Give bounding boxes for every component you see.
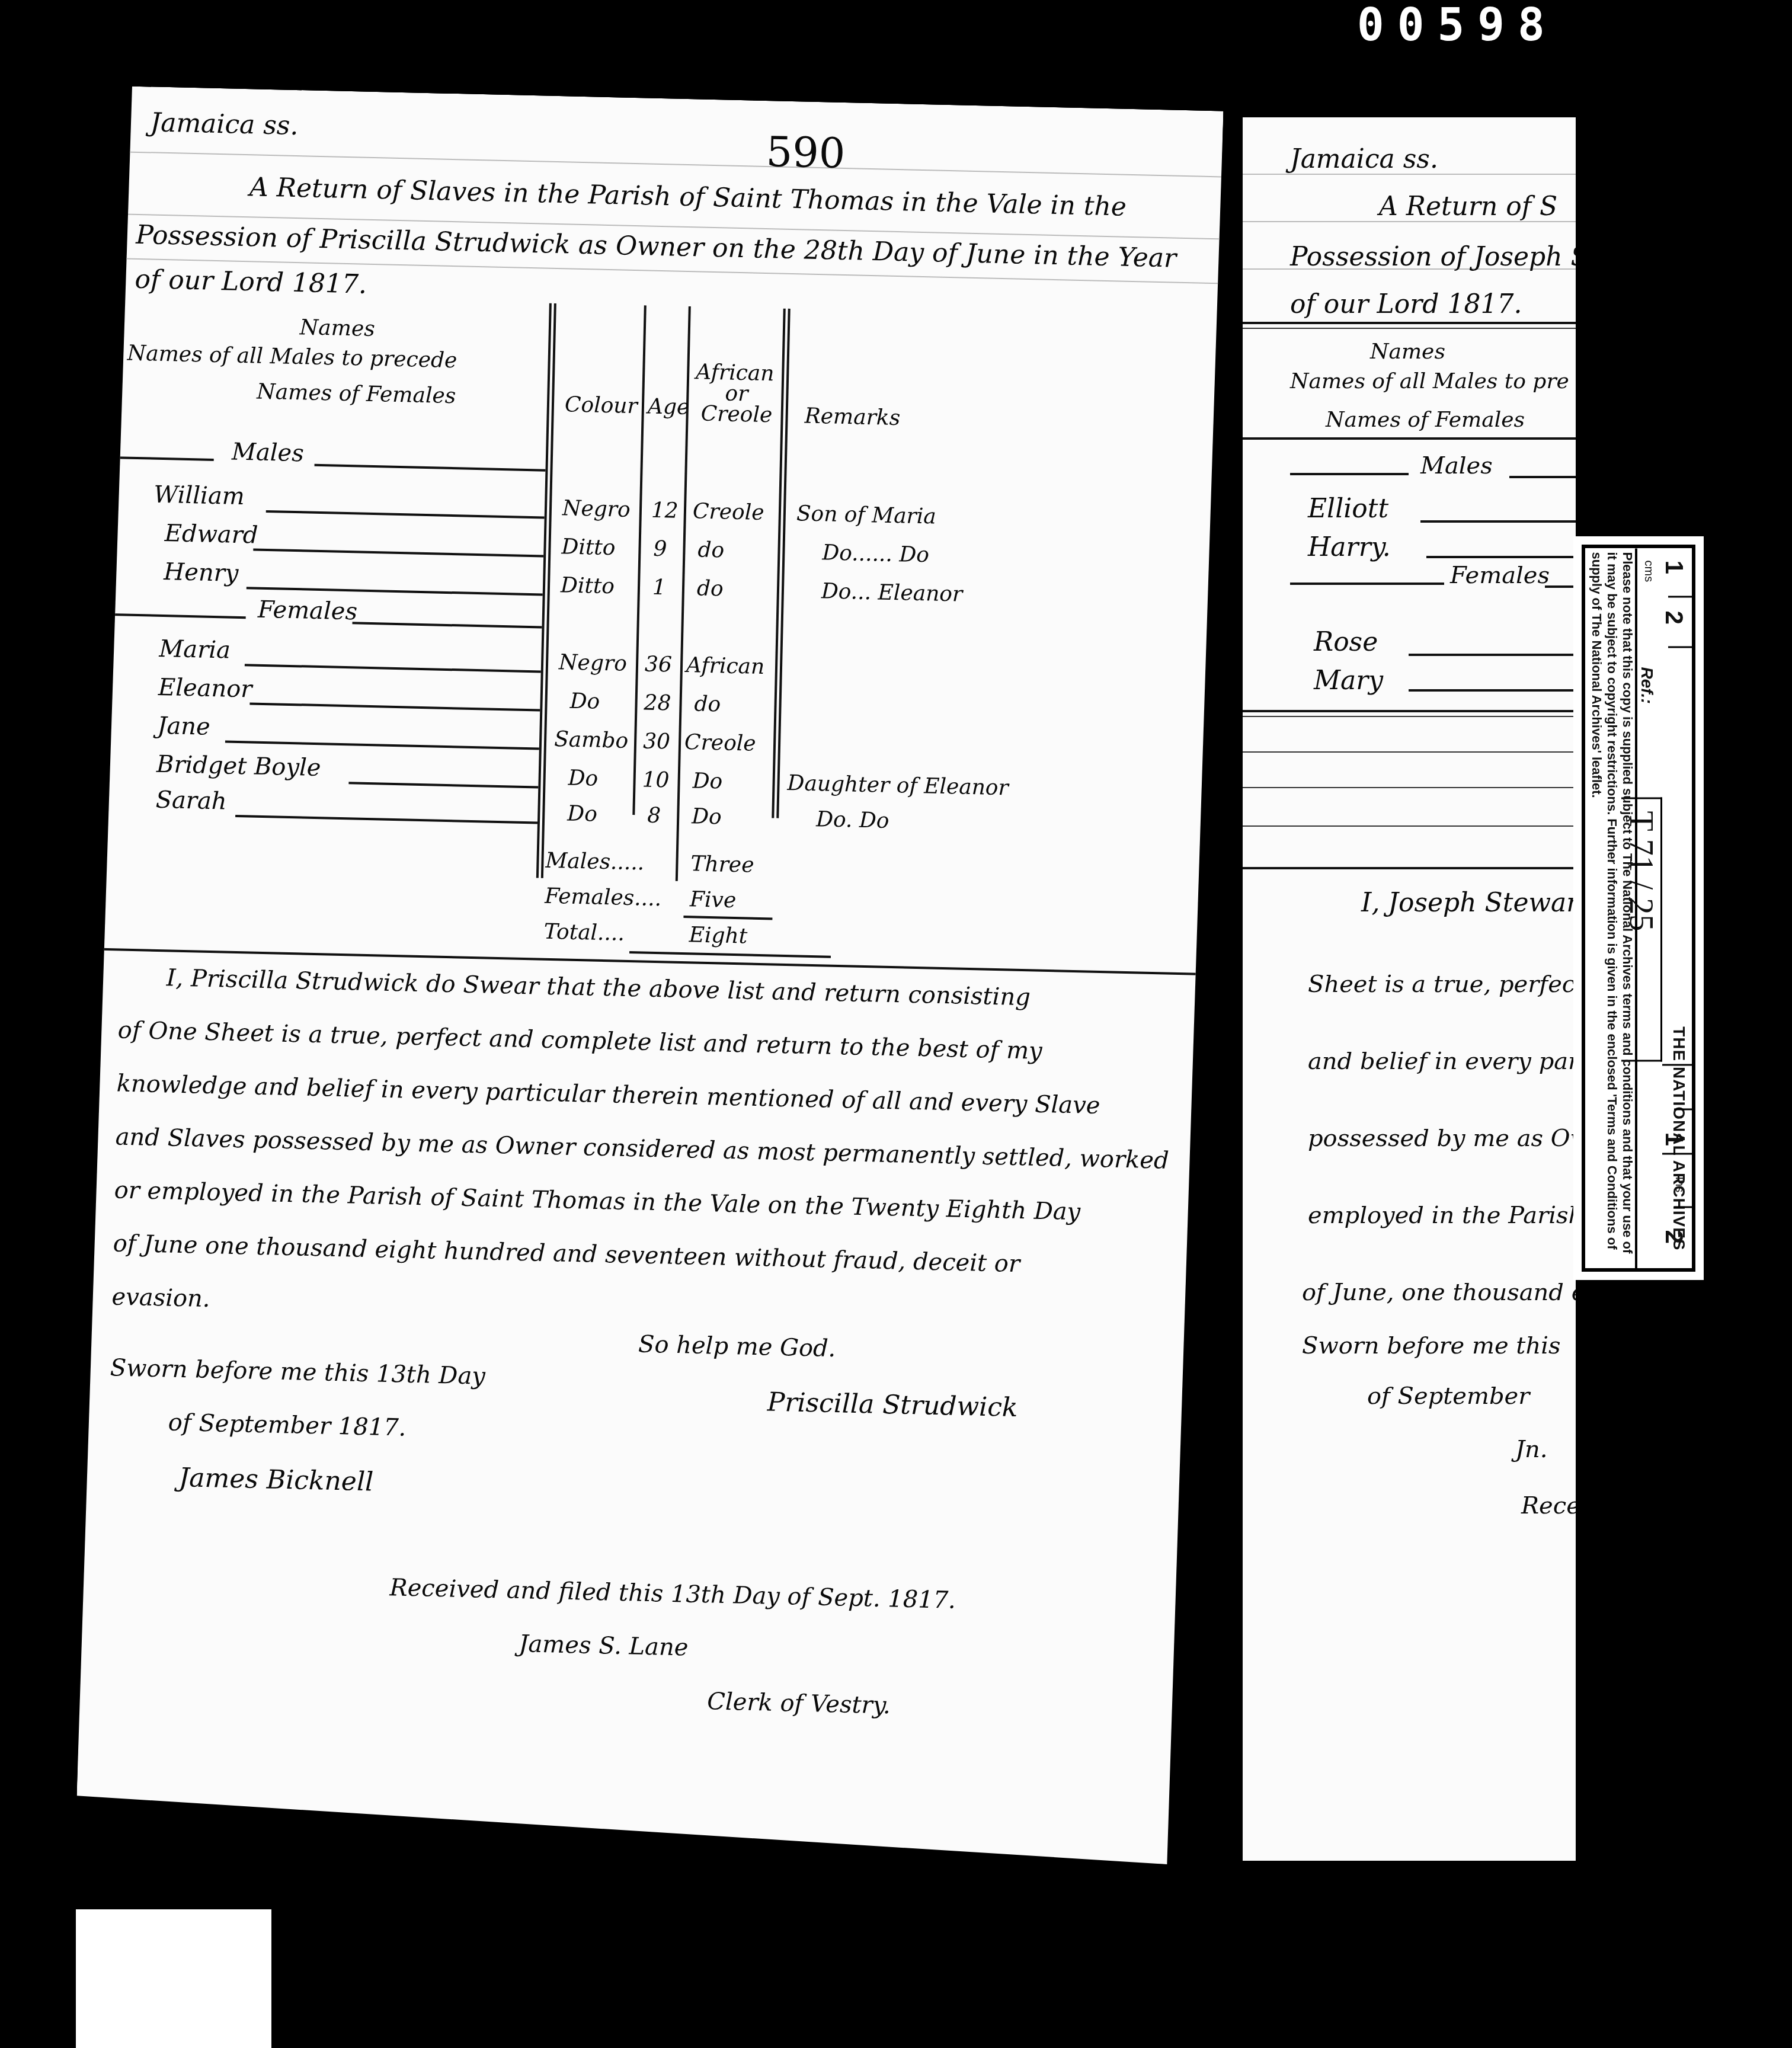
leader-line: [245, 664, 541, 673]
slave-age: 30: [643, 729, 671, 754]
total-label-total: Total....: [543, 920, 625, 946]
slave-name: Bridget Boyle: [156, 751, 322, 782]
total-underline: [683, 916, 772, 920]
slave-name: Henry: [164, 558, 239, 587]
section-males: Males: [1420, 452, 1493, 479]
sworn-line: of September 1817.: [168, 1409, 407, 1442]
header-remarks: Remarks: [804, 404, 900, 431]
leader-line: [253, 548, 543, 557]
oath-line: Sheet is a true, perfect and: [1308, 971, 1576, 998]
scale-tick: [1674, 1206, 1692, 1208]
leader-line: [225, 740, 539, 750]
scale-tick: [1674, 1108, 1692, 1110]
slave-origin: do: [697, 537, 725, 562]
oath-line: possessed by me as Owner: [1308, 1125, 1576, 1152]
slave-origin: do: [697, 576, 724, 601]
slave-colour: Negro: [562, 496, 631, 522]
slave-name: Maria: [159, 635, 231, 664]
header-names-males: Names of all Males to precede: [127, 341, 457, 373]
blank-rule: [1243, 825, 1576, 827]
header-names: Names: [1370, 340, 1445, 364]
section-females: Females: [1450, 562, 1550, 589]
leader-line: [266, 510, 545, 519]
leader-line: [235, 815, 537, 824]
leader-line: [315, 464, 546, 472]
slave-name: Rose: [1314, 627, 1378, 657]
oath-line: or employed in the Parish of Saint Thoma…: [114, 1176, 1081, 1225]
slave-age: 8: [647, 804, 661, 828]
table-top-rule: [1243, 322, 1576, 324]
magistrate-signature: James Bicknell: [178, 1463, 374, 1497]
left-page: Jamaica ss. 590 A Return of Slaves in th…: [76, 86, 1224, 1865]
slave-name: Harry.: [1308, 532, 1391, 562]
slave-colour: Do: [569, 689, 600, 714]
title-line-1: A Return of Slaves in the Parish of Sain…: [249, 172, 1127, 222]
oath-line: knowledge and belief in every particular…: [116, 1070, 1100, 1119]
header-names-females: Names of Females: [257, 380, 456, 409]
slave-origin: Creole: [693, 499, 764, 525]
leader-line: [352, 622, 542, 628]
slave-origin: Do: [692, 769, 722, 793]
header-origin-3: Creole: [700, 402, 772, 428]
slave-name: Jane: [157, 712, 210, 741]
scale-tick: [1668, 596, 1692, 597]
archive-reference-label: THE NATIONAL ARCHIVES 1 cms 2 Ref.: T 71…: [1573, 536, 1704, 1280]
sworn-line: Sworn before me this 13th Day: [110, 1354, 485, 1390]
table-bottom-rule: [1243, 716, 1576, 717]
owner-signature: Priscilla Strudwick: [767, 1387, 1018, 1423]
leader-line: [1426, 556, 1576, 558]
leader-line: [104, 613, 246, 619]
oath-line: of One Sheet is a true, perfect and comp…: [117, 1017, 1042, 1065]
received-line: Rece: [1521, 1492, 1576, 1519]
jurisdiction: Jamaica ss.: [150, 107, 299, 141]
slave-age: 12: [651, 498, 679, 523]
header-rule: [1243, 437, 1576, 440]
slave-origin: do: [694, 692, 721, 716]
table-bottom-rule: [1243, 710, 1576, 712]
slave-age: 36: [645, 652, 673, 677]
oath-line: employed in the Parish: [1308, 1202, 1576, 1229]
total-value-males: Three: [690, 852, 754, 877]
slave-origin: Creole: [684, 730, 756, 756]
title-line-2: Possession of Joseph S: [1290, 242, 1576, 272]
slave-age: 28: [644, 691, 671, 716]
scale-ins-2: 2: [1660, 1230, 1688, 1243]
leader-line: [1409, 689, 1576, 692]
header-colour: Colour: [565, 392, 638, 418]
clerk-name: James S. Lane: [519, 1630, 689, 1661]
leader-line: [1290, 583, 1444, 585]
leader-line: [1290, 473, 1409, 475]
magistrate-signature: Jn.: [1515, 1436, 1548, 1463]
slave-name: Edward: [164, 520, 258, 549]
slave-origin: African: [686, 653, 765, 679]
header-age: Age: [647, 395, 689, 420]
total-underline: [629, 951, 831, 958]
header-names-males: Names of all Males to pre: [1290, 369, 1569, 393]
oath-line: I, Priscilla Strudwick do Swear that the…: [166, 964, 1031, 1011]
slave-colour: Do: [568, 766, 598, 791]
leader-line: [247, 587, 543, 596]
leader-line: [1509, 476, 1576, 478]
blank-rule: [1243, 787, 1576, 788]
leader-line: [107, 456, 214, 461]
leader-line: [1409, 654, 1576, 656]
header-names-females: Names of Females: [1326, 408, 1525, 432]
slave-colour: Sambo: [554, 727, 629, 753]
slave-name: Mary: [1314, 665, 1383, 696]
sworn-line: Sworn before me this: [1302, 1332, 1560, 1359]
section-rule: [1243, 867, 1576, 869]
scale-cms-label: cms: [1641, 560, 1655, 582]
slave-colour: Ditto: [561, 535, 616, 560]
total-value-total: Eight: [689, 923, 747, 948]
slave-remarks: Daughter of Eleanor: [787, 771, 1009, 800]
calibration-card: [76, 1909, 271, 2048]
oath-line: and belief in every partic: [1308, 1048, 1576, 1075]
leader-line: [249, 702, 540, 711]
oath-line: of June, one thousand eig: [1302, 1279, 1576, 1306]
slave-name: Elliott: [1308, 494, 1388, 524]
copyright-notice: Please note that this copy is supplied s…: [1589, 548, 1637, 1268]
so-help-me-god: So help me God.: [638, 1331, 836, 1363]
scale-cms-2: 2: [1660, 610, 1688, 624]
right-page: Jamaica ss. A Return of S Possession of …: [1234, 117, 1576, 1861]
sworn-line: of September: [1367, 1383, 1529, 1410]
oath-line: and Slaves possessed by me as Owner cons…: [115, 1123, 1169, 1174]
scale-cms-1: 1: [1660, 560, 1688, 574]
slave-remarks: Son of Maria: [796, 501, 936, 529]
slave-remarks: Do. Do: [816, 807, 889, 833]
received-line: Received and filed this 13th Day of Sept…: [389, 1574, 956, 1614]
slave-age: 1: [652, 575, 667, 600]
scale-tick: [1662, 1064, 1692, 1065]
slave-origin: Do: [692, 804, 722, 829]
oath-line: of June one thousand eight hundred and s…: [113, 1230, 1020, 1278]
scale-ins-1: 1: [1660, 1132, 1688, 1145]
section-females: Females: [257, 596, 357, 626]
folio-number: 590: [766, 127, 846, 178]
table-top-rule: [1243, 328, 1576, 329]
slave-name: Sarah: [155, 786, 227, 815]
total-label-females: Females....: [545, 884, 662, 911]
total-label-males: Males.....: [545, 849, 645, 875]
title-line-2: Possession of Priscilla Strudwick as Own…: [136, 220, 1177, 274]
slave-return-table: Names Names of all Males to precede Name…: [97, 293, 1218, 911]
slave-colour: Ditto: [561, 573, 615, 599]
scale-tick: [1668, 646, 1692, 648]
leader-line: [348, 782, 538, 788]
frame-counter: 00598: [1357, 1, 1559, 49]
slave-age: 10: [642, 767, 670, 792]
ref-label: Ref.:: [1637, 667, 1656, 703]
slave-name: Eleanor: [158, 674, 252, 703]
title-line-1: A Return of S: [1379, 191, 1557, 222]
slave-colour: Negro: [559, 650, 628, 676]
scale-tick: [1662, 1153, 1692, 1154]
leader-line: [1420, 520, 1576, 523]
label-content: THE NATIONAL ARCHIVES 1 cms 2 Ref.: T 71…: [1585, 548, 1692, 1268]
leader-line: [1545, 585, 1576, 588]
oath-line: I, Joseph Stewart: [1361, 888, 1576, 918]
slave-colour: Do: [567, 802, 597, 827]
slave-name: William: [153, 481, 245, 510]
slave-remarks: Do...... Do: [822, 540, 929, 567]
jurisdiction: Jamaica ss.: [1290, 144, 1438, 174]
slave-remarks: Do... Eleanor: [821, 579, 962, 606]
total-value-females: Five: [690, 887, 737, 913]
clerk-title: Clerk of Vestry.: [707, 1688, 891, 1719]
scale-ins-label: Ins: [1672, 1176, 1686, 1192]
header-names: Names: [299, 315, 375, 341]
slave-age: 9: [653, 537, 667, 562]
section-males: Males: [232, 439, 305, 468]
title-line-3: of our Lord 1817.: [1290, 289, 1522, 319]
blank-rule: [1243, 751, 1576, 753]
oath-line: evasion.: [111, 1283, 210, 1313]
